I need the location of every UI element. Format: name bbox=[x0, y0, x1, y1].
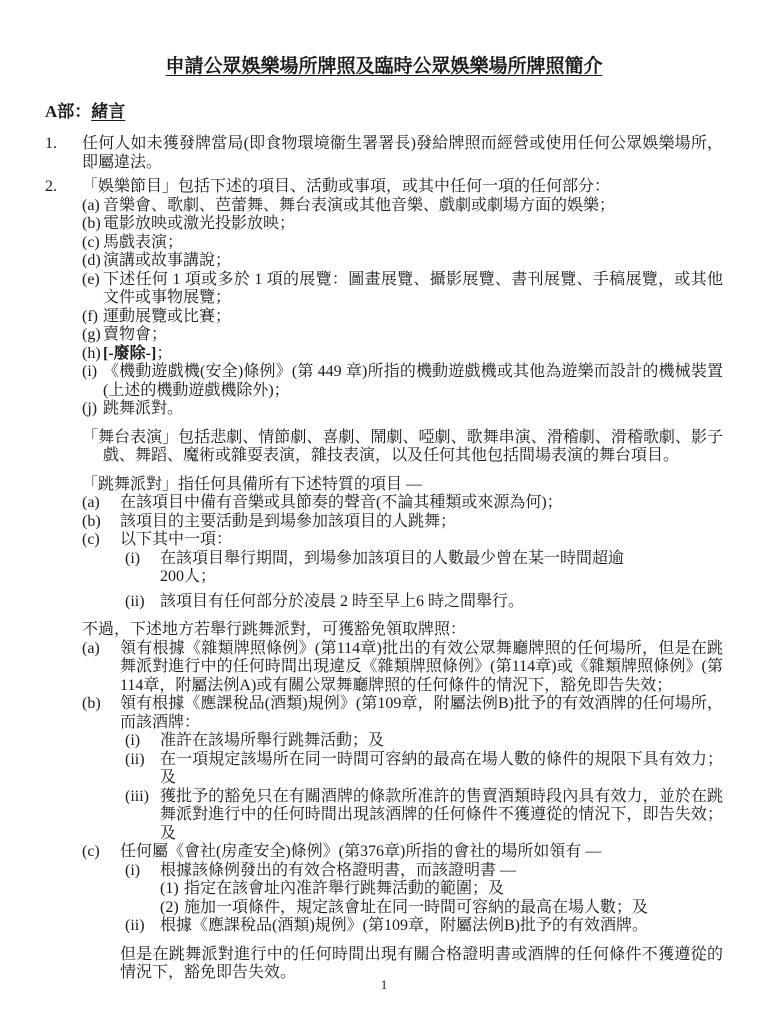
item-text: 該項目有任何部分於凌晨 2 時至早上6 時之間舉行。 bbox=[160, 593, 723, 612]
item-label: (c) bbox=[82, 531, 100, 550]
item-text: 跳舞派對。 bbox=[103, 400, 723, 419]
item-label: (a) bbox=[82, 494, 100, 513]
item-label: (i) bbox=[125, 550, 140, 569]
item-text: 在該項目中備有音樂或具節奏的聲音(不論其種類或來源為何)； bbox=[120, 494, 723, 513]
item-label: (b) bbox=[82, 513, 101, 532]
item-label: 2. bbox=[45, 178, 57, 197]
page-title-text: 申請公眾娛樂場所牌照及臨時公眾娛樂場所牌照簡介 bbox=[165, 56, 602, 77]
item-text: 「舞台表演」包括悲劇、情節劇、喜劇、鬧劇、啞劇、歌舞串演、滑稽劇、滑稽歌劇、影子… bbox=[103, 429, 723, 466]
item-text: 馬戲表演； bbox=[103, 234, 723, 253]
item-text: 電影放映或激光投影放映； bbox=[103, 215, 723, 234]
item-label: (e) bbox=[82, 271, 100, 290]
item-label: (ii) bbox=[125, 917, 145, 936]
entertainment-item: (g)賣物會； bbox=[45, 326, 723, 345]
item-label: (c) bbox=[82, 234, 100, 253]
item-text: 運動展覽或比賽； bbox=[103, 308, 723, 327]
section-heading-prefix: A部： bbox=[45, 102, 91, 121]
entertainment-item: (b)電影放映或激光投影放映； bbox=[45, 215, 723, 234]
exemption-subitem: (iii)獲批予的豁免只在有關酒牌的條款所准許的售賣酒類時段內具有效力，並於在跳… bbox=[45, 788, 723, 844]
item-label: (b) bbox=[82, 215, 101, 234]
item-label: (i) bbox=[125, 732, 140, 751]
dance-party-item: (c)以下其中一項： bbox=[45, 531, 723, 550]
dance-party-subitem: (ii)該項目有任何部分於凌晨 2 時至早上6 時之間舉行。 bbox=[45, 593, 723, 612]
intro-item-2: 2.「娛樂節目」包括下述的項目、活動或事項，或其中任何一項的任何部分： bbox=[45, 178, 723, 197]
exemption-subsubitem: (1)指定在該會址內准許舉行跳舞活動的範圍；及 bbox=[45, 880, 723, 899]
exemption-subitem: (i)准許在該場所舉行跳舞活動；及 bbox=[45, 732, 723, 751]
dance-party-item: (a)在該項目中備有音樂或具節奏的聲音(不論其種類或來源為何)； bbox=[45, 494, 723, 513]
item-label: (i) bbox=[125, 862, 140, 881]
item-text: 在一項規定該場所在同一時間可容納的最高在場人數的條件的規限下具有效力；及 bbox=[160, 751, 723, 788]
entertainment-item: (a)音樂會、歌劇、芭蕾舞、舞台表演或其他音樂、戲劇或劇場方面的娛樂； bbox=[45, 197, 723, 216]
item-text: 在該項目舉行期間，到場參加該項目的人數最少曾在某一時間超逾 200人； bbox=[160, 550, 723, 587]
item-text: 施加一項條件，規定該會址在同一時間可容納的最高在場人數；及 bbox=[184, 899, 723, 918]
stage-show-definition: 「舞台表演」包括悲劇、情節劇、喜劇、鬧劇、啞劇、歌舞串演、滑稽劇、滑稽歌劇、影子… bbox=[45, 429, 723, 466]
dance-party-definition: 「跳舞派對」指任何具備所有下述特質的項目 — bbox=[45, 476, 723, 495]
page-number: 1 bbox=[0, 976, 768, 995]
item-text: 以下其中一項： bbox=[120, 531, 723, 550]
item-label: (j) bbox=[82, 400, 97, 419]
entertainment-item: (c)馬戲表演； bbox=[45, 234, 723, 253]
item-label: (ii) bbox=[125, 593, 145, 612]
item-text: 任何人如未獲發牌當局(即食物環境衞生署署長)發給牌照而經營或使用任何公眾娛樂場所… bbox=[82, 135, 723, 172]
section-heading-text: 緒言 bbox=[91, 102, 125, 121]
item-label: (2) bbox=[160, 899, 179, 918]
item-text: 領有根據《雜類牌照條例》(第114章)批出的有效公眾舞廳牌照的任何場所，但是在跳… bbox=[120, 640, 723, 696]
item-text: 「跳舞派對」指任何具備所有下述特質的項目 — bbox=[103, 476, 723, 495]
item-text: 獲批予的豁免只在有關酒牌的條款所准許的售賣酒類時段內具有效力，並於在跳舞派對進行… bbox=[160, 788, 723, 844]
document-page: 申請公眾娛樂場所牌照及臨時公眾娛樂場所牌照簡介 A部：緒言 1.任何人如未獲發牌… bbox=[0, 0, 768, 1024]
item-text: [-廢除-]； bbox=[103, 345, 723, 364]
item-label: (f) bbox=[82, 308, 98, 327]
dance-party-item: (b)該項目的主要活動是到場參加該項目的人跳舞； bbox=[45, 513, 723, 532]
item-text: 該項目的主要活動是到場參加該項目的人跳舞； bbox=[120, 513, 723, 532]
item-label: (iii) bbox=[125, 788, 149, 807]
entertainment-item: (d)演講或故事講說； bbox=[45, 252, 723, 271]
entertainment-item: (e)下述任何 1 項或多於 1 項的展覽：圖畫展覽、攝影展覽、書刊展覽、手稿展… bbox=[45, 271, 723, 308]
item-text: 演講或故事講說； bbox=[103, 252, 723, 271]
item-text: 指定在該會址內准許舉行跳舞活動的範圍；及 bbox=[184, 880, 723, 899]
exemption-item: (a)領有根據《雜類牌照條例》(第114章)批出的有效公眾舞廳牌照的任何場所，但… bbox=[45, 640, 723, 696]
exemption-subitem: (ii)在一項規定該場所在同一時間可容納的最高在場人數的條件的規限下具有效力；及 bbox=[45, 751, 723, 788]
intro-item-1: 1.任何人如未獲發牌當局(即食物環境衞生署署長)發給牌照而經營或使用任何公眾娛樂… bbox=[45, 135, 723, 172]
dance-party-subitem: (i)在該項目舉行期間，到場參加該項目的人數最少曾在某一時間超逾 200人； bbox=[45, 550, 723, 587]
item-label: (g) bbox=[82, 326, 101, 345]
page-title: 申請公眾娛樂場所牌照及臨時公眾娛樂場所牌照簡介 bbox=[45, 55, 723, 79]
item-label: (d) bbox=[82, 252, 101, 271]
item-label: (a) bbox=[82, 640, 100, 659]
document-blocks: 1.任何人如未獲發牌當局(即食物環境衞生署署長)發給牌照而經營或使用任何公眾娛樂… bbox=[45, 135, 723, 983]
item-label: (1) bbox=[160, 880, 179, 899]
section-heading: A部：緒言 bbox=[45, 101, 723, 123]
item-label: 1. bbox=[45, 135, 57, 154]
item-label: (c) bbox=[82, 843, 100, 862]
item-label: (i) bbox=[82, 363, 97, 382]
item-text: 不過，下述地方若舉行跳舞派對，可獲豁免領取牌照： bbox=[82, 621, 723, 640]
item-text: 准許在該場所舉行跳舞活動；及 bbox=[160, 732, 723, 751]
exemption-subsubitem: (2)施加一項條件，規定該會址在同一時間可容納的最高在場人數；及 bbox=[45, 899, 723, 918]
exemption-subitem: (ii)根據《應課稅品(酒類)規例》(第109章，附屬法例B)批予的有效酒牌。 bbox=[45, 917, 723, 936]
item-text: 賣物會； bbox=[103, 326, 723, 345]
exemption-item: (c)任何屬《會社(房產安全)條例》(第376章)所指的會社的場所如領有 — bbox=[45, 843, 723, 862]
item-text: 音樂會、歌劇、芭蕾舞、舞台表演或其他音樂、戲劇或劇場方面的娛樂； bbox=[103, 197, 723, 216]
item-label: (h) bbox=[82, 345, 101, 364]
entertainment-item: (j)跳舞派對。 bbox=[45, 400, 723, 419]
item-text: 根據該條例發出的有效合格證明書，而該證明書 — bbox=[160, 862, 723, 881]
item-label: (a) bbox=[82, 197, 100, 216]
entertainment-item: (f)運動展覽或比賽； bbox=[45, 308, 723, 327]
item-text: 下述任何 1 項或多於 1 項的展覽：圖畫展覽、攝影展覽、書刊展覽、手稿展覽，或… bbox=[103, 271, 723, 308]
exemption-item: (b)領有根據《應課稅品(酒類)規例》(第109章，附屬法例B)批予的有效酒牌的… bbox=[45, 695, 723, 732]
item-text: 領有根據《應課稅品(酒類)規例》(第109章，附屬法例B)批予的有效酒牌的任何場… bbox=[120, 695, 723, 732]
item-text: 《機動遊戲機(安全)條例》(第 449 章)所指的機動遊戲機或其他為遊樂而設計的… bbox=[103, 363, 723, 400]
exemption-intro: 不過，下述地方若舉行跳舞派對，可獲豁免領取牌照： bbox=[45, 621, 723, 640]
item-text: 根據《應課稅品(酒類)規例》(第109章，附屬法例B)批予的有效酒牌。 bbox=[160, 917, 723, 936]
entertainment-item-repealed: (h)[-廢除-]； bbox=[45, 345, 723, 364]
item-label: (b) bbox=[82, 695, 101, 714]
entertainment-item: (i)《機動遊戲機(安全)條例》(第 449 章)所指的機動遊戲機或其他為遊樂而… bbox=[45, 363, 723, 400]
item-text: 「娛樂節目」包括下述的項目、活動或事項，或其中任何一項的任何部分： bbox=[82, 178, 723, 197]
exemption-subitem: (i)根據該條例發出的有效合格證明書，而該證明書 — bbox=[45, 862, 723, 881]
item-text: 任何屬《會社(房產安全)條例》(第376章)所指的會社的場所如領有 — bbox=[120, 843, 723, 862]
item-label: (ii) bbox=[125, 751, 145, 770]
